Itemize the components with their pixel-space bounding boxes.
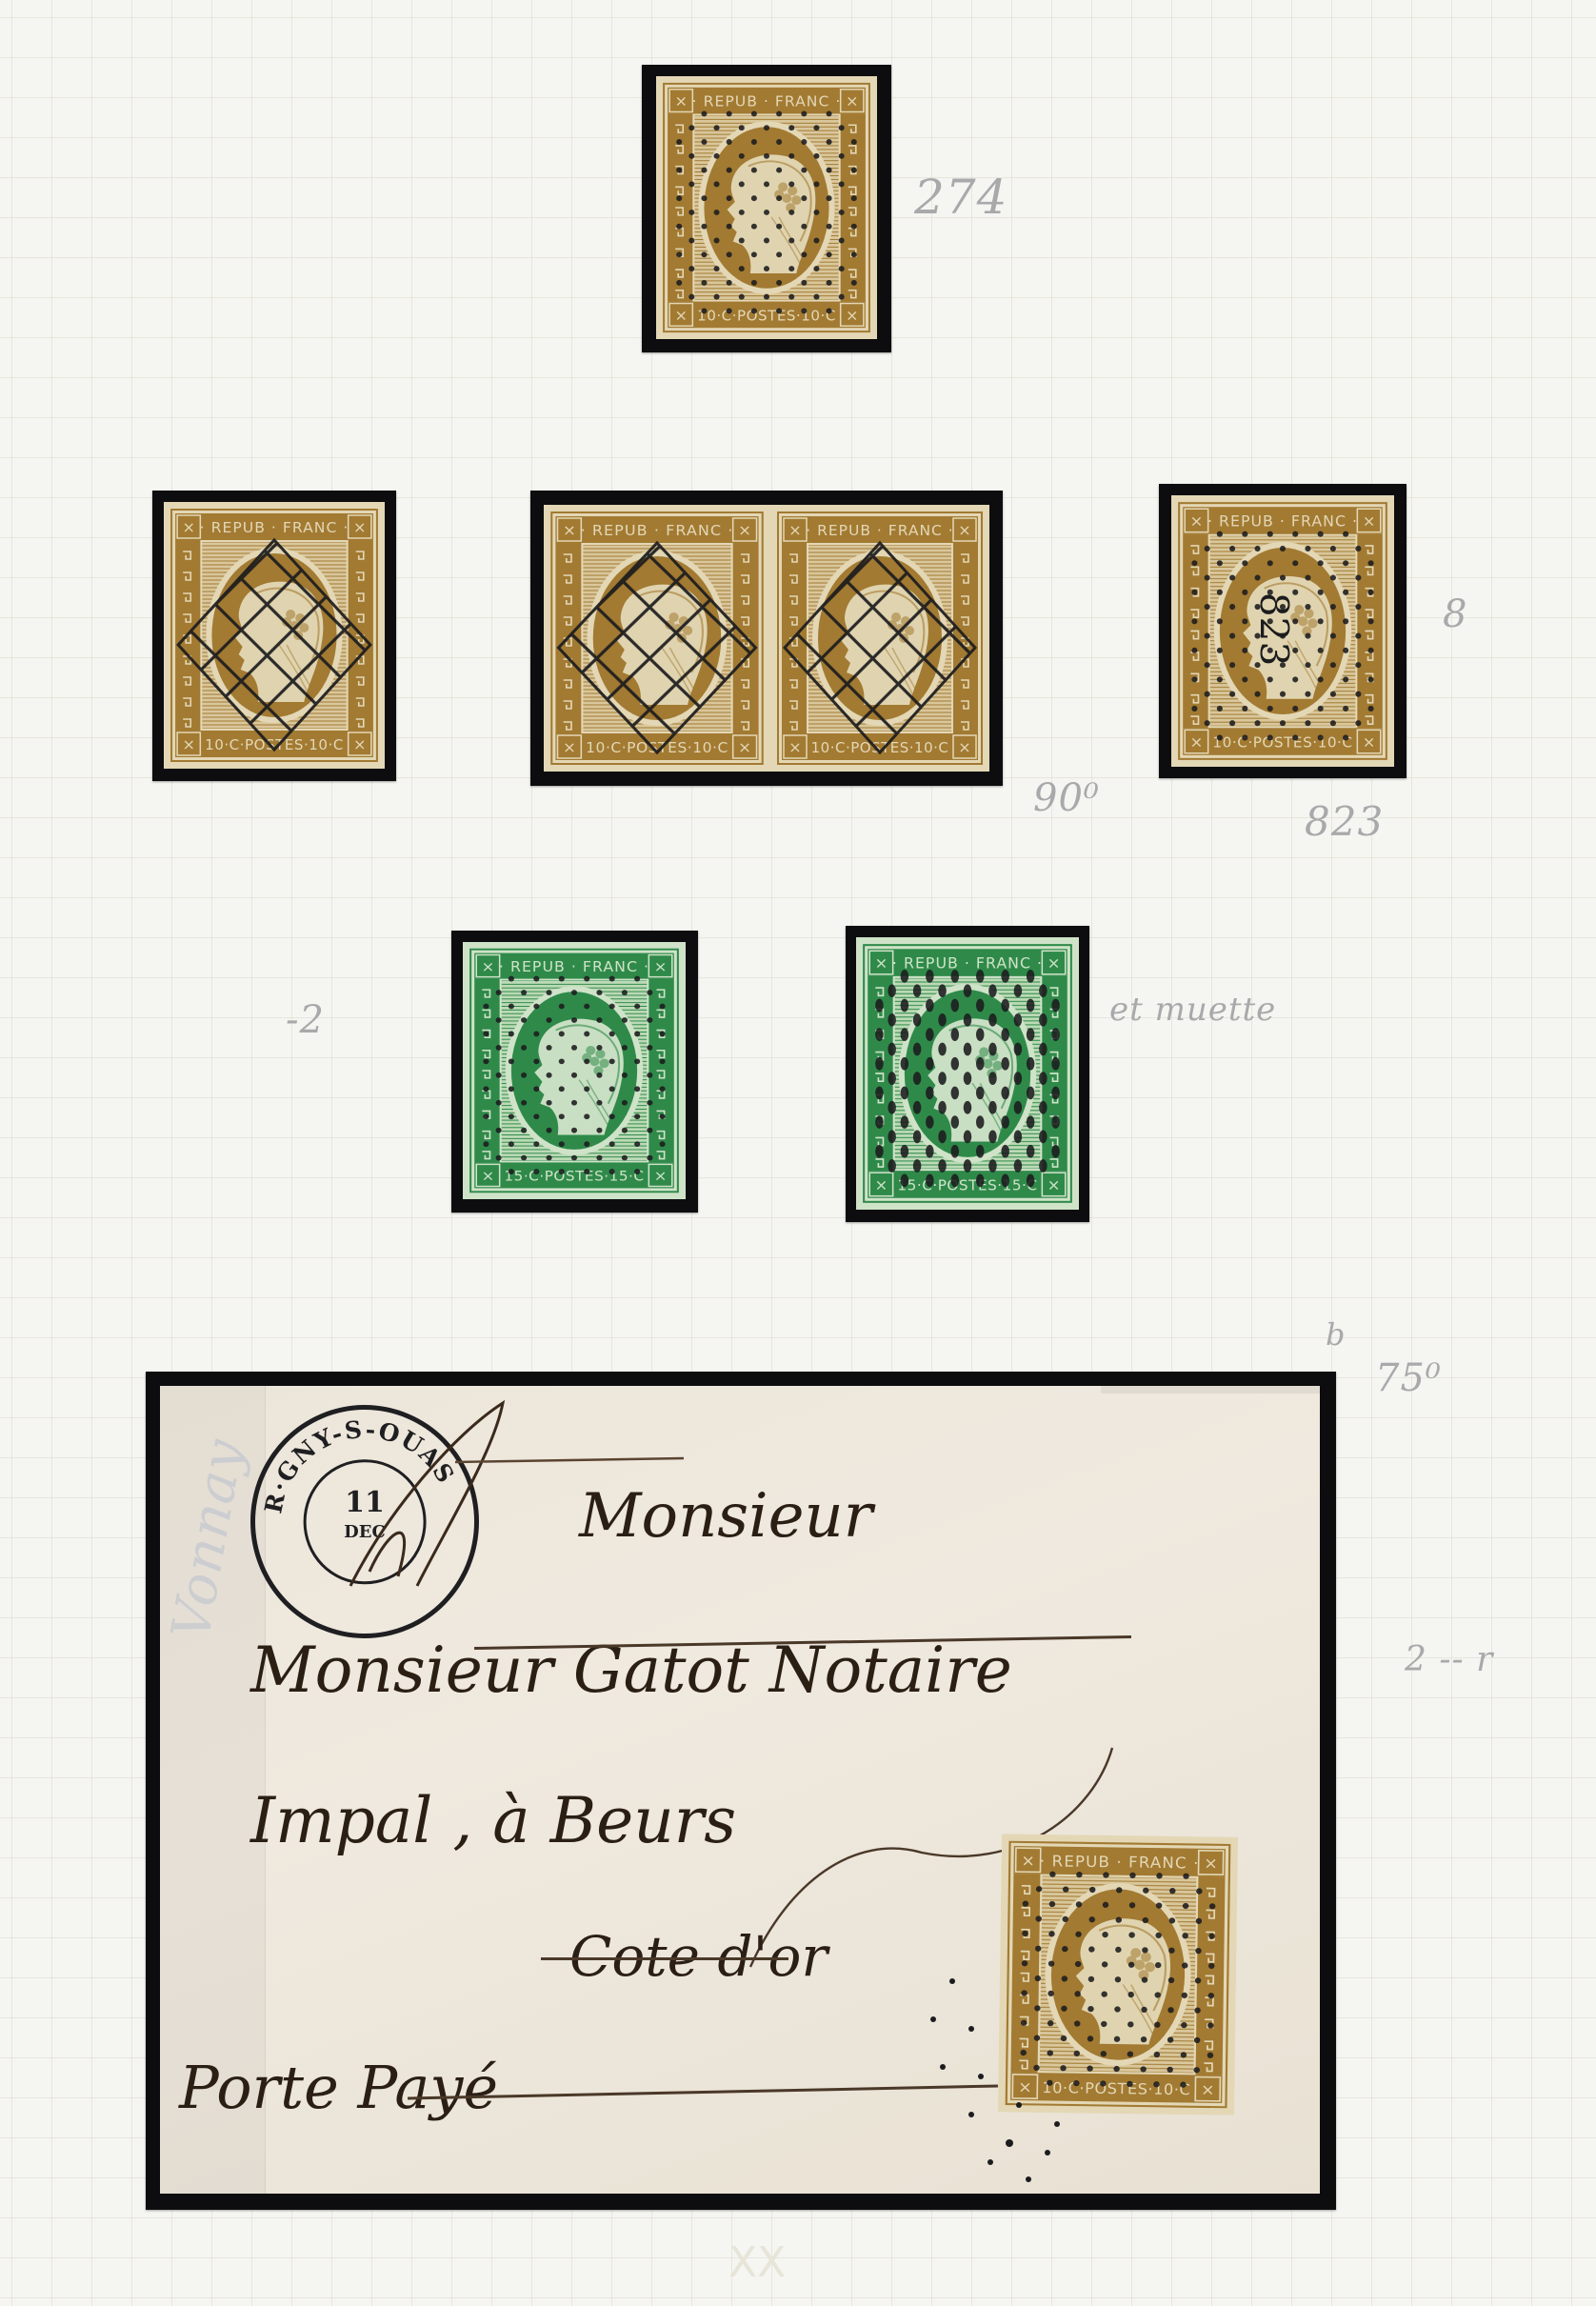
svg-text:×: × — [1201, 2081, 1215, 2100]
annotation-274: 274 — [914, 170, 1007, 225]
svg-text:×: × — [875, 954, 888, 973]
svg-text:· REPUB · FRANC ·: · REPUB · FRANC · — [499, 958, 649, 975]
address-line-3: Impal , à Beurs — [250, 1784, 736, 1857]
stamp-ceres-10c-823[interactable]: × × · REPUB · FRANC · × × 10·C·POSTES·10… — [1171, 495, 1394, 767]
svg-text:15·C·POSTES·15·C: 15·C·POSTES·15·C — [504, 1168, 644, 1185]
svg-text:· REPUB · FRANC ·: · REPUB · FRANC · — [806, 522, 953, 539]
cover-fold-top-strip — [1101, 1386, 1320, 1394]
svg-text:×: × — [654, 957, 668, 974]
page-footer-mark: XX — [728, 2238, 786, 2287]
annotation-et-muette: et muette — [1109, 991, 1276, 1029]
annotation-750: 75⁰ — [1375, 1356, 1442, 1400]
stamp-ceres-15c-green-right[interactable]: × × · REPUB · FRANC · × × 15·C·POSTES·15… — [856, 937, 1079, 1210]
svg-text:823: 823 — [1251, 592, 1297, 667]
annotation-2-r: 2 -- r — [1405, 1640, 1493, 1679]
svg-text:×: × — [674, 92, 688, 110]
annotation-8: 8 — [1443, 592, 1467, 636]
svg-text:×: × — [482, 957, 495, 974]
svg-text:×: × — [1363, 733, 1376, 752]
manuscript-porte-paye: Porte Payé — [179, 2053, 498, 2122]
svg-text:×: × — [1204, 1855, 1218, 1874]
svg-text:· REPUB · FRANC ·: · REPUB · FRANC · — [892, 954, 1043, 973]
svg-text:×: × — [846, 306, 859, 324]
stamp-ceres-10c-pair-right[interactable]: × × · REPUB · FRANC · × × 10·C·POSTES·10… — [770, 505, 989, 772]
svg-text:×: × — [788, 738, 801, 756]
svg-text:×: × — [875, 1176, 888, 1194]
svg-text:×: × — [1363, 512, 1376, 531]
stamp-ceres-15c-green-left[interactable]: × × · REPUB · FRANC · × × 15·C·POSTES·15… — [463, 942, 686, 1199]
svg-text:· REPUB · FRANC ·: · REPUB · FRANC · — [1040, 1852, 1200, 1872]
svg-text:×: × — [674, 306, 688, 324]
svg-text:· REPUB · FRANC ·: · REPUB · FRANC · — [581, 521, 734, 539]
svg-text:×: × — [1190, 733, 1204, 752]
svg-text:×: × — [1021, 1852, 1035, 1871]
address-line-4: Cote d'or — [569, 1924, 828, 1989]
annotation-823: 823 — [1305, 798, 1384, 845]
svg-text:×: × — [846, 92, 859, 110]
svg-text:×: × — [958, 738, 970, 756]
svg-text:×: × — [738, 521, 751, 539]
svg-text:×: × — [563, 738, 576, 756]
svg-text:15·C·POSTES·15·C: 15·C·POSTES·15·C — [897, 1177, 1037, 1194]
svg-text:×: × — [482, 1167, 495, 1184]
svg-text:×: × — [182, 735, 195, 753]
svg-text:· REPUB · FRANC ·: · REPUB · FRANC · — [1207, 512, 1358, 531]
svg-text:×: × — [788, 521, 801, 539]
stamp-ceres-10c-top[interactable]: × × · REPUB · FRANC · × × 10·C·POSTES·10… — [656, 76, 877, 339]
svg-text:×: × — [958, 521, 970, 539]
svg-text:×: × — [1190, 512, 1204, 531]
svg-text:10·C·POSTES·10·C: 10·C·POSTES·10·C — [697, 307, 836, 324]
stamp-ceres-10c-pair-left[interactable]: × × · REPUB · FRANC · × × 10·C·POSTES·10… — [544, 505, 770, 772]
svg-text:×: × — [353, 735, 367, 753]
annotation-2: -2 — [286, 998, 325, 1042]
svg-text:×: × — [182, 518, 195, 536]
annotation-90: 90⁰ — [1033, 776, 1100, 820]
svg-text:×: × — [1047, 1176, 1061, 1194]
svg-text:· REPUB · FRANC ·: · REPUB · FRANC · — [200, 519, 349, 536]
address-underline-4 — [541, 1957, 788, 1960]
svg-text:×: × — [738, 738, 751, 756]
svg-text:×: × — [654, 1167, 668, 1184]
svg-text:×: × — [353, 518, 367, 536]
svg-text:×: × — [563, 521, 576, 539]
address-line-1: Monsieur — [579, 1481, 872, 1552]
svg-text:· REPUB · FRANC ·: · REPUB · FRANC · — [692, 93, 842, 110]
svg-text:10·C·POSTES·10·C: 10·C·POSTES·10·C — [1212, 734, 1352, 752]
annotation-b: b — [1326, 1316, 1346, 1353]
cancel-dots-on-cover — [914, 1962, 1086, 2191]
svg-text:×: × — [1047, 954, 1061, 973]
stamp-ceres-10c-grille-left[interactable]: × × · REPUB · FRANC · × × 10·C·POSTES·10… — [164, 502, 385, 769]
